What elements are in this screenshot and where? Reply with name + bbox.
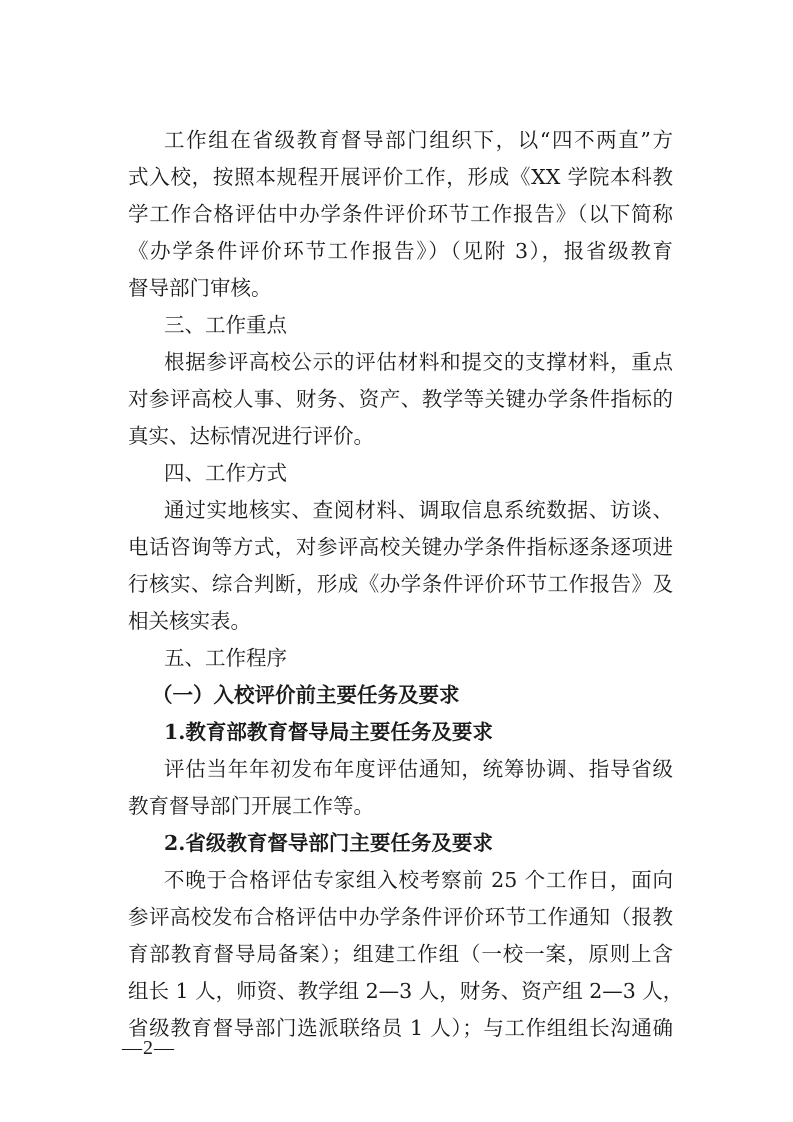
paragraph-line: 《办学条件评价环节工作报告》）（见附 3），报省级教育 xyxy=(128,233,673,270)
paragraph-line: 真实、达标情况进行评价。 xyxy=(128,418,673,455)
paragraph-line: 组长 1 人，师资、教学组 2—3 人，财务、资产组 2—3 人， xyxy=(128,973,673,1010)
paragraph-line: 参评高校发布合格评估中办学条件评价环节工作通知（报教 xyxy=(128,899,673,936)
paragraph-line: 工作组在省级教育督导部门组织下，以“四不两直”方 xyxy=(164,122,673,159)
paragraph-line: 式入校，按照本规程开展评价工作，形成《XX 学院本科教 xyxy=(128,159,673,196)
paragraph-line: 评估当年年初发布年度评估通知，统筹协调、指导省级 xyxy=(164,751,673,788)
subsection-heading: 2.省级教育督导部门主要任务及要求 xyxy=(164,825,673,862)
section-heading: 四、工作方式 xyxy=(164,455,673,492)
paragraph-line: 通过实地核实、查阅材料、调取信息系统数据、访谈、 xyxy=(164,492,673,529)
paragraph-line: 学工作合格评估中办学条件评价环节工作报告》（以下简称 xyxy=(128,196,673,233)
paragraph-line: 督导部门审核。 xyxy=(128,270,673,307)
section-heading: 三、工作重点 xyxy=(164,307,673,344)
page-number: —2— xyxy=(122,1037,175,1060)
paragraph-line: 不晚于合格评估专家组入校考察前 25 个工作日，面向 xyxy=(164,862,673,899)
paragraph-line: 根据参评高校公示的评估材料和提交的支撑材料，重点 xyxy=(164,344,673,381)
paragraph-line: 行核实、综合判断，形成《办学条件评价环节工作报告》及 xyxy=(128,566,673,603)
paragraph-line: 电话咨询等方式，对参评高校关键办学条件指标逐条逐项进 xyxy=(128,529,673,566)
document-page: 工作组在省级教育督导部门组织下，以“四不两直”方 式入校，按照本规程开展评价工作… xyxy=(0,0,793,1122)
section-heading: 五、工作程序 xyxy=(164,640,673,677)
paragraph-line: 育部教育督导局备案）；组建工作组（一校一案，原则上含 xyxy=(128,936,673,973)
paragraph-line: 教育督导部门开展工作等。 xyxy=(128,788,673,825)
paragraph-line: 省级教育督导部门选派联络员 1 人）；与工作组组长沟通确 xyxy=(128,1010,673,1047)
paragraph-line: 对参评高校人事、财务、资产、教学等关键办学条件指标的 xyxy=(128,381,673,418)
subsection-heading: （一）入校评价前主要任务及要求 xyxy=(152,677,661,714)
subsection-heading: 1.教育部教育督导局主要任务及要求 xyxy=(164,714,673,751)
paragraph-line: 相关核实表。 xyxy=(128,603,673,640)
